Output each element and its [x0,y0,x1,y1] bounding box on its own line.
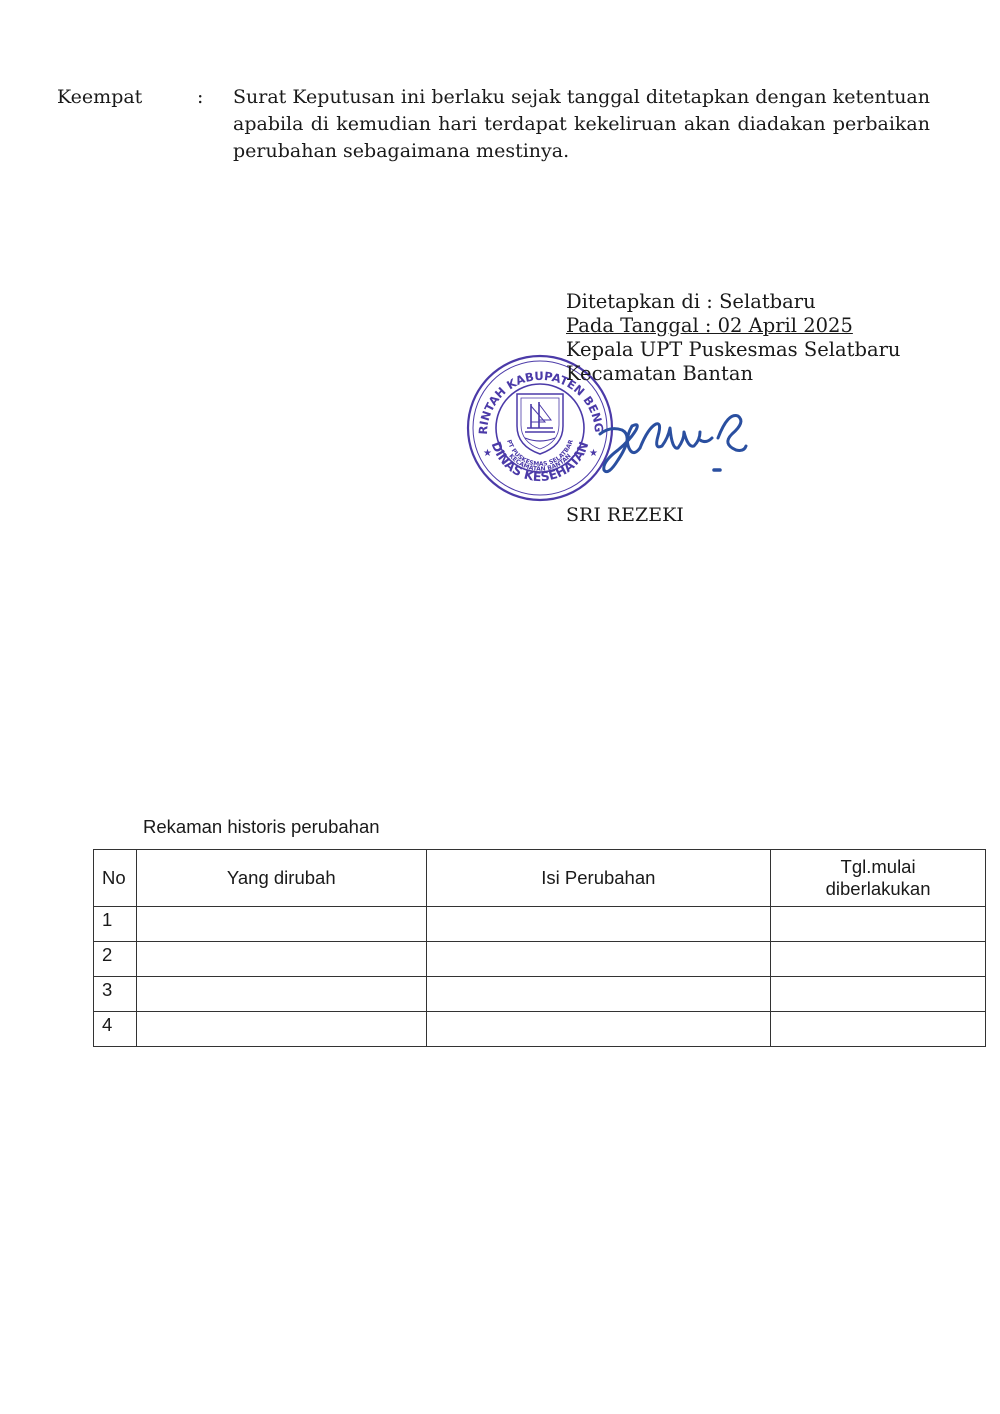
header-no: No [94,850,137,907]
header-isi-perubahan: Isi Perubahan [426,850,771,907]
signature-block: Ditetapkan di : Selatbaru Pada Tanggal :… [566,290,900,386]
svg-text:★: ★ [483,448,492,459]
header-tgl-mulai-line1: Tgl.mulai [771,856,985,878]
row-tgl-mulai [771,977,986,1012]
row-isi-perubahan [426,942,771,977]
row-isi-perubahan [426,907,771,942]
header-tgl-mulai-line2: diberlakukan [771,878,985,900]
row-yang-dirubah [136,1012,426,1047]
row-no: 3 [94,977,137,1012]
history-title: Rekaman historis perubahan [143,816,380,838]
place-line: Ditetapkan di : Selatbaru [566,290,900,314]
table-row: 1 [94,907,986,942]
article-separator: : [197,84,203,111]
signer-name: SRI REZEKI [566,504,684,526]
header-tgl-mulai: Tgl.mulai diberlakukan [771,850,986,907]
row-tgl-mulai [771,942,986,977]
row-yang-dirubah [136,942,426,977]
history-table: No Yang dirubah Isi Perubahan Tgl.mulai … [93,849,986,1047]
row-isi-perubahan [426,977,771,1012]
table-row: 4 [94,1012,986,1047]
row-no: 1 [94,907,137,942]
row-yang-dirubah [136,977,426,1012]
row-no: 4 [94,1012,137,1047]
row-tgl-mulai [771,907,986,942]
article-label: Keempat [57,84,142,111]
article-body: Surat Keputusan ini berlaku sejak tangga… [233,84,930,165]
row-no: 2 [94,942,137,977]
header-yang-dirubah: Yang dirubah [136,850,426,907]
date-line: Pada Tanggal : 02 April 2025 [566,314,900,338]
history-header-row: No Yang dirubah Isi Perubahan Tgl.mulai … [94,850,986,907]
table-row: 3 [94,977,986,1012]
row-yang-dirubah [136,907,426,942]
signature-icon [596,400,756,488]
table-row: 2 [94,942,986,977]
position-line-2: Kecamatan Bantan [566,362,900,386]
position-line-1: Kepala UPT Puskesmas Selatbaru [566,338,900,362]
row-tgl-mulai [771,1012,986,1047]
row-isi-perubahan [426,1012,771,1047]
